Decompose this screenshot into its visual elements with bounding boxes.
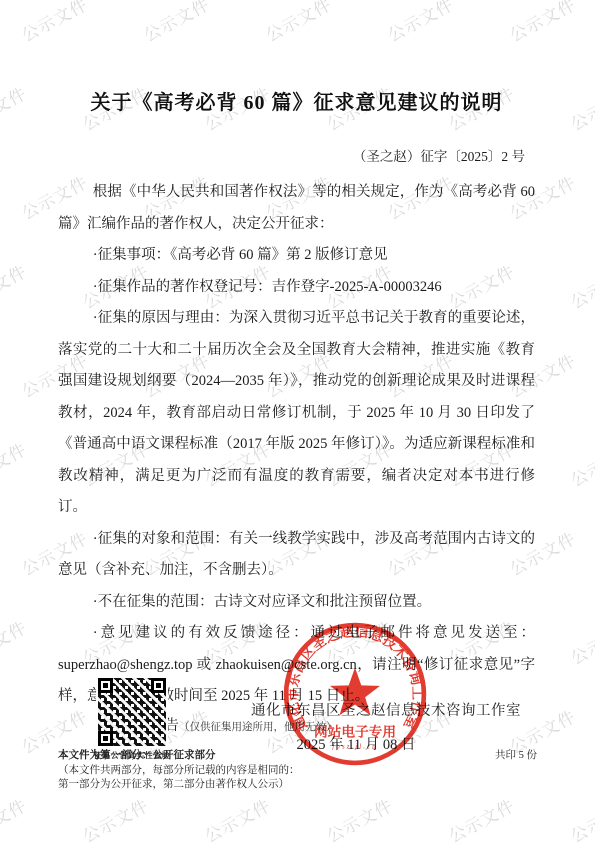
print-copies: 共印 5 份 — [495, 749, 537, 764]
qr-finder-icon — [98, 731, 113, 746]
watermark-text: 公示文件 — [199, 792, 274, 842]
watermark-text: 公示文件 — [0, 792, 31, 842]
watermark-text: 公示文件 — [565, 792, 595, 842]
document-page: 公示文件公示文件公示文件公示文件公示文件公示文件公示文件公示文件公示文件公示文件… — [0, 0, 595, 842]
seal-star-icon — [330, 668, 380, 716]
watermark-text: 公示文件 — [321, 792, 396, 842]
bullet-item: ·征集作品的著作权登记号：吉作登字-2025-A-00003246 — [58, 272, 535, 304]
official-seal: 通化市东昌区圣之赵信息技术咨询工作室 网站电子专用 fbsz.jl.cn — [279, 618, 431, 770]
watermark-text: 公示文件 — [443, 792, 518, 842]
bullet-item: ·不在征集的范围：古诗文对应译文和批注预留位置。 — [58, 587, 535, 619]
watermark-text: 公示文件 — [77, 792, 152, 842]
seal-banner-text: 网站电子专用 — [314, 724, 396, 740]
bullet-item: ·征集的对象和范围：有关一线教学实践中，涉及高考范围内古诗文的意见（含补充、加注… — [58, 524, 535, 587]
paragraph-intro: 根据《中华人民共和国著作权法》等的相关规定，作为《高考必背 60 篇》汇编作品的… — [58, 177, 535, 240]
page-title: 关于《高考必背 60 篇》征求意见建议的说明 — [58, 86, 535, 115]
bullet-item: ·征集的原因与理由：为深入贯彻习近平总书记关于教育的重要论述，落实党的二十大和二… — [58, 303, 535, 524]
qr-code — [96, 676, 168, 748]
qr-finder-icon — [151, 678, 166, 693]
footer-line3: 第一部分为公开征求，第二部分由著作权人公示） — [58, 778, 540, 793]
qr-finder-icon — [98, 678, 113, 693]
seal-url-text: fbsz.jl.cn — [332, 743, 377, 751]
bullet-item: ·征集事项：《高考必背 60 篇》第 2 版修订意见 — [58, 240, 535, 272]
document-number: （圣之赵）征字〔2025〕2 号 — [58, 145, 535, 165]
